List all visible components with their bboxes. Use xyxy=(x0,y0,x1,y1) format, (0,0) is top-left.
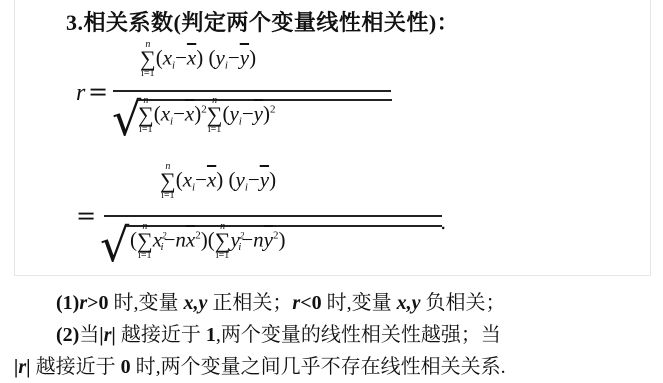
fraction-line-2 xyxy=(104,215,442,217)
equals-sign: = xyxy=(88,78,108,106)
r-symbol: r xyxy=(76,80,85,107)
end-period: . xyxy=(440,210,446,234)
denominator-2: (n∑i=1x2i−nx2)(n∑i=1y2i−ny2) xyxy=(130,222,286,261)
sqrt-icon: √ xyxy=(112,92,141,146)
fraction-line-1 xyxy=(113,90,391,92)
paragraph-2: (2)当|r| 越接近于 1,两个变量的线性相关性越强；当 xyxy=(56,318,501,347)
sqrt-icon-2: √ xyxy=(100,218,129,272)
paragraph-3: |r| 越接近于 0 时,两个变量之间几乎不存在线性相关关系. xyxy=(14,350,506,379)
equals-sign-2: = xyxy=(76,202,96,230)
section-heading: 3.相关系数(判定两个变量线性相关性)： xyxy=(66,6,459,37)
denominator-1: n∑i=1(xi−x)2n∑i=1(yi−y)2 xyxy=(138,96,276,135)
numerator-2: n∑i=1(xi−x) (yi−y) xyxy=(160,162,276,201)
paragraph-1: (1)r>0 时,变量 x,y 正相关；r<0 时,变量 x,y 负相关； xyxy=(56,286,506,315)
numerator-1: n∑i=1(xi−x) (yi−y) xyxy=(140,40,256,79)
